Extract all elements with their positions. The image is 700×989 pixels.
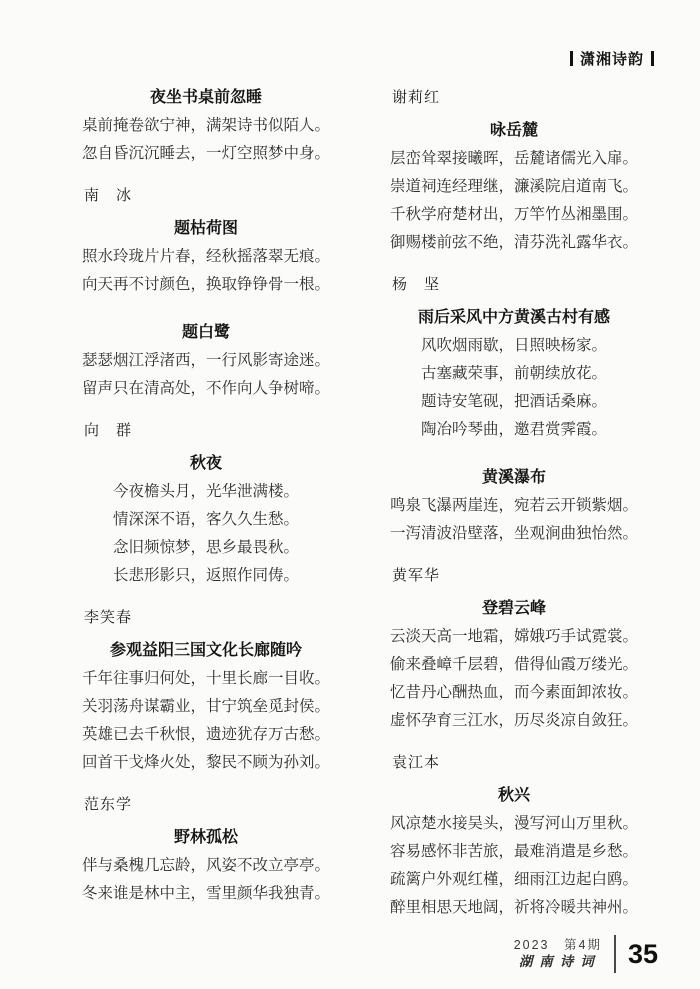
poem-line: 忆昔丹心酬热血，而今素面卸浓妆。 bbox=[368, 679, 660, 707]
poem-title: 黄溪瀑布 bbox=[368, 464, 660, 492]
poem-title: 题白鹭 bbox=[60, 319, 352, 347]
poem-line: 一泻清波沿壁落，坐观涧曲独怡然。 bbox=[368, 520, 660, 548]
poem-line: 伴与桑槐几忘龄，风姿不改立亭亭。 bbox=[60, 852, 352, 880]
poem-line: 古塞藏荣事，前朝续放花。 bbox=[368, 360, 660, 388]
poem-title: 秋兴 bbox=[368, 782, 660, 810]
poem-title: 野林孤松 bbox=[60, 824, 352, 852]
author-name: 袁江本 bbox=[368, 751, 660, 775]
poem-line: 瑟瑟烟江浮渚西，一行风影寄途迷。 bbox=[60, 347, 352, 375]
poem-title: 夜坐书桌前忽睡 bbox=[60, 84, 352, 112]
poem-title: 咏岳麓 bbox=[368, 117, 660, 145]
poem-line: 疏篱户外观红槿，细雨江边起白鸥。 bbox=[368, 866, 660, 894]
page-footer: 2023 第4期 湖南诗词 35 bbox=[514, 935, 658, 973]
poem-line: 冬来谁是林中主，雪里颜华我独青。 bbox=[60, 880, 352, 908]
poem-title: 登碧云峰 bbox=[368, 595, 660, 623]
poem-title: 秋夜 bbox=[60, 450, 352, 478]
author-name: 向 群 bbox=[60, 419, 352, 443]
poem-line: 情深深不语，客久久生愁。 bbox=[60, 506, 352, 534]
poem-line: 千秋学府楚材出，万竿竹丛湘墨围。 bbox=[368, 201, 660, 229]
poem-line: 醉里相思天地阔，祈将冷暖共神州。 bbox=[368, 894, 660, 922]
right-column: 谢莉红 咏岳麓 层峦耸翠接曦晖，岳麓诸儒光入扉。 崇道祠连经理继，濂溪院启道南飞… bbox=[368, 84, 660, 922]
author-name: 谢莉红 bbox=[368, 86, 660, 110]
poem-line: 风凉楚水接吴头，漫写河山万里秋。 bbox=[368, 810, 660, 838]
poem-line: 关羽荡舟谋霸业，甘宁筑垒觅封侯。 bbox=[60, 693, 352, 721]
header-bar-left bbox=[570, 51, 573, 66]
section-title: 潇湘诗韵 bbox=[580, 48, 644, 69]
page-content: 夜坐书桌前忽睡 桌前掩卷欲宁神，满架诗书似陌人。 忽自昏沉沉睡去，一灯空照梦中身… bbox=[60, 84, 660, 922]
poem-line: 回首干戈烽火处，黎民不顾为孙刘。 bbox=[60, 749, 352, 777]
poem-title: 参观益阳三国文化长廊随吟 bbox=[60, 637, 352, 665]
footer-issue-line: 2023 第4期 bbox=[514, 937, 602, 953]
poem-line: 风吹烟雨歇，日照映杨家。 bbox=[368, 332, 660, 360]
poem-line: 桌前掩卷欲宁神，满架诗书似陌人。 bbox=[60, 112, 352, 140]
author-name: 李笑春 bbox=[60, 606, 352, 630]
poem-line: 容易感怀非苦旅，最难消遣是乡愁。 bbox=[368, 838, 660, 866]
poem-title: 雨后采风中方黄溪古村有感 bbox=[368, 304, 660, 332]
poem-line: 云淡天高一地霜，嫦娥巧手试霓裳。 bbox=[368, 623, 660, 651]
poem-line: 崇道祠连经理继，濂溪院启道南飞。 bbox=[368, 173, 660, 201]
page-header: 潇湘诗韵 bbox=[570, 48, 654, 69]
left-column: 夜坐书桌前忽睡 桌前掩卷欲宁神，满架诗书似陌人。 忽自昏沉沉睡去，一灯空照梦中身… bbox=[60, 84, 352, 922]
poem-line: 题诗安笔砚，把酒话桑麻。 bbox=[368, 388, 660, 416]
author-name: 杨 坚 bbox=[368, 273, 660, 297]
poem-line: 忽自昏沉沉睡去，一灯空照梦中身。 bbox=[60, 140, 352, 168]
poem-line: 御赐楼前弦不绝，清芬洗礼露华衣。 bbox=[368, 229, 660, 257]
poem-line: 照水玲珑片片春，经秋摇落翠无痕。 bbox=[60, 243, 352, 271]
author-name: 黄军华 bbox=[368, 564, 660, 588]
footer-divider bbox=[614, 935, 616, 973]
poem-line: 虚怀孕育三江水，历尽炎凉自敛狂。 bbox=[368, 707, 660, 735]
poem-line: 鸣泉飞瀑两崖连，宛若云开锁紫烟。 bbox=[368, 492, 660, 520]
poem-line: 长悲形影只，返照作同俦。 bbox=[60, 562, 352, 590]
poem-line: 念旧频惊梦，思乡最畏秋。 bbox=[60, 534, 352, 562]
poem-line: 千年往事归何处，十里长廊一目收。 bbox=[60, 665, 352, 693]
footer-journal-info: 2023 第4期 湖南诗词 bbox=[514, 937, 602, 971]
magazine-page: 潇湘诗韵 夜坐书桌前忽睡 桌前掩卷欲宁神，满架诗书似陌人。 忽自昏沉沉睡去，一灯… bbox=[0, 0, 700, 989]
poem-line: 层峦耸翠接曦晖，岳麓诸儒光入扉。 bbox=[368, 145, 660, 173]
author-name: 范东学 bbox=[60, 793, 352, 817]
author-name: 南 冰 bbox=[60, 184, 352, 208]
poem-line: 英雄已去千秋恨，遗迹犹存万古愁。 bbox=[60, 721, 352, 749]
poem-line: 陶冶吟琴曲，邀君赏霁霞。 bbox=[368, 416, 660, 444]
footer-journal-name: 湖南诗词 bbox=[514, 953, 602, 971]
poem-line: 向天再不讨颜色，换取铮铮骨一根。 bbox=[60, 271, 352, 299]
header-bar-right bbox=[651, 51, 654, 66]
poem-line: 今夜檐头月，光华泄满楼。 bbox=[60, 478, 352, 506]
poem-title: 题枯荷图 bbox=[60, 215, 352, 243]
poem-line: 偷来叠嶂千层碧，借得仙霞万缕光。 bbox=[368, 651, 660, 679]
page-number: 35 bbox=[628, 939, 658, 970]
poem-line: 留声只在清高处，不作向人争树啼。 bbox=[60, 375, 352, 403]
